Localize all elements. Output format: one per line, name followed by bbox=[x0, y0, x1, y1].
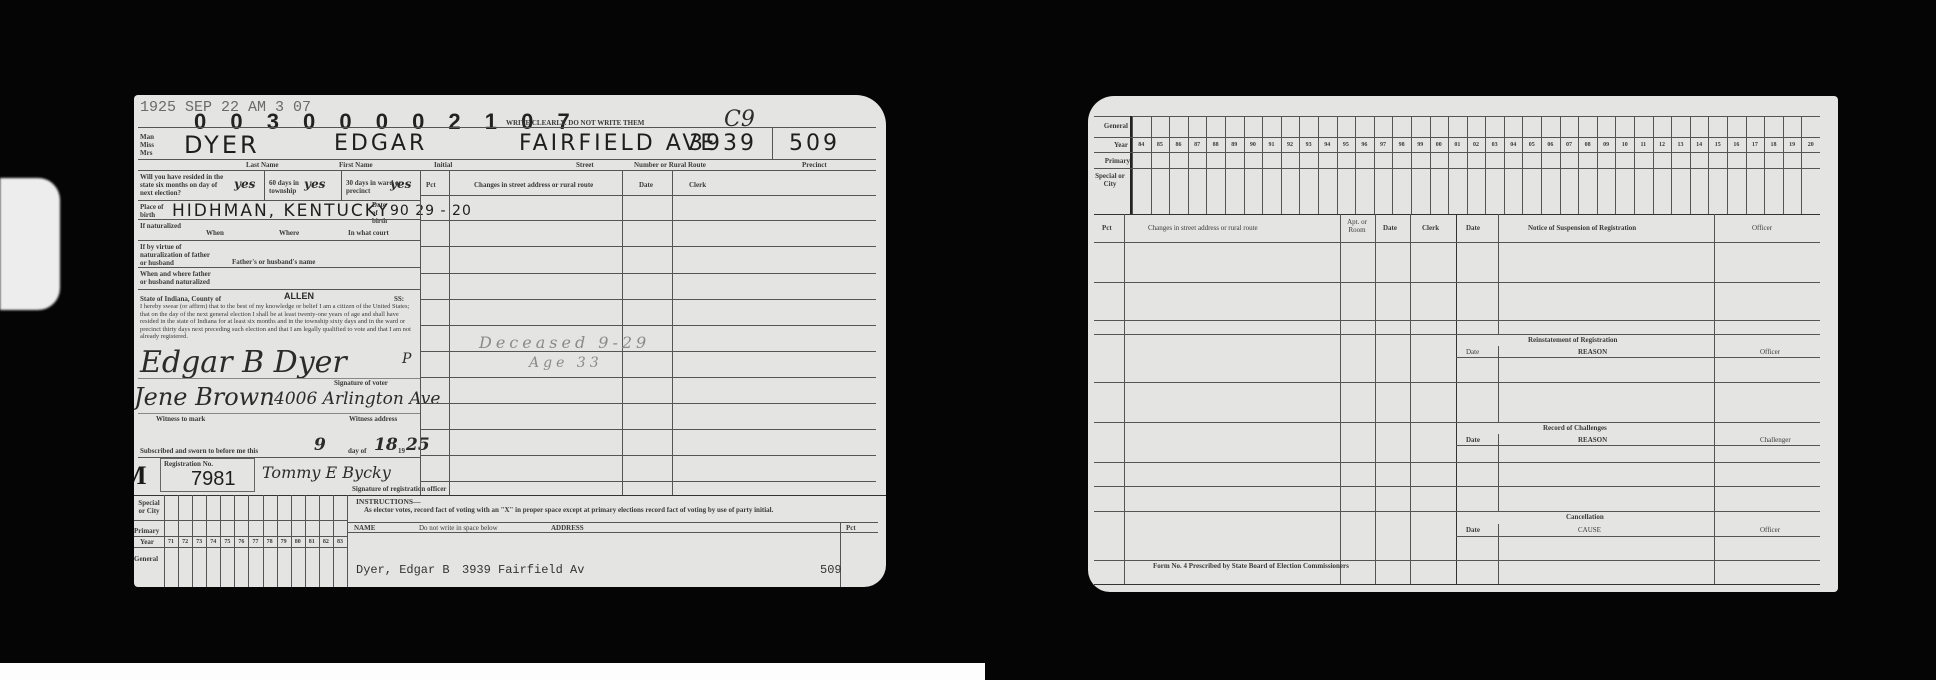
back-header-clerk: Clerk bbox=[1422, 224, 1439, 232]
number-label: Number or Rural Route bbox=[634, 161, 706, 169]
grid-column-line bbox=[1764, 116, 1765, 214]
grid-year-cell: 11 bbox=[1634, 142, 1653, 148]
back-grid-row-general: General bbox=[1092, 122, 1128, 130]
back-header-pct: Pct bbox=[1102, 224, 1112, 232]
cancellation-title: Cancellation bbox=[1566, 513, 1604, 521]
grid-year-cell: 92 bbox=[1281, 142, 1300, 148]
instructions-header-note: Do not write in space below bbox=[419, 524, 498, 532]
cancellation-header-officer: Officer bbox=[1760, 526, 1780, 534]
grid-year-cell: 03 bbox=[1485, 142, 1504, 148]
header-instruction: WRITE CLEARLY. DO NOT WRITE THEM bbox=[506, 119, 644, 127]
challenges-header-reason: REASON bbox=[1578, 436, 1607, 444]
form-footer: Form No. 4 Prescribed by State Board of … bbox=[1153, 562, 1349, 570]
grid-year-cell: 81 bbox=[305, 539, 319, 545]
adjacent-card-edge bbox=[0, 178, 60, 310]
voter-signature: Edgar B Dyer bbox=[140, 345, 347, 380]
grid-year-cell: 00 bbox=[1430, 142, 1449, 148]
grid-year-cell: 07 bbox=[1560, 142, 1579, 148]
scan-border-strip bbox=[0, 663, 985, 680]
grid-year-cell: 85 bbox=[1151, 142, 1170, 148]
birth-date-value: 90 29 - 20 bbox=[372, 203, 472, 219]
reinstatement-header-officer: Officer bbox=[1760, 348, 1780, 356]
grid-year-cell: 97 bbox=[1374, 142, 1393, 148]
grid-column-line bbox=[1281, 116, 1282, 214]
birth-place-label: Place of birth bbox=[140, 203, 166, 219]
township-answer: yes bbox=[304, 177, 325, 191]
grid-column-line bbox=[1151, 116, 1152, 214]
signature-mark: P bbox=[402, 351, 411, 367]
registration-card-back: General Year Primary Special or City 848… bbox=[1088, 96, 1838, 592]
witness-name: Jene Brown bbox=[134, 383, 275, 411]
grid-column-line bbox=[1690, 116, 1691, 214]
back-header-apt: Apt. or Room bbox=[1342, 218, 1372, 234]
grid-year-cell: 87 bbox=[1188, 142, 1207, 148]
grid-column-line bbox=[1169, 116, 1170, 214]
challenges-header-challenger: Challenger bbox=[1760, 436, 1791, 444]
instructions-header-name: NAME bbox=[354, 524, 375, 532]
naturalization-virtue-label: If by virtue of naturalization of father… bbox=[140, 243, 218, 267]
instructions-text: As elector votes, record fact of voting … bbox=[364, 506, 784, 514]
grid-year-cell: 08 bbox=[1578, 142, 1597, 148]
back-header-date: Date bbox=[1383, 224, 1397, 232]
grid-column-line bbox=[1430, 116, 1431, 214]
grid-year-cell: 84 bbox=[1132, 142, 1151, 148]
grid-year-cell: 90 bbox=[1244, 142, 1263, 148]
instructions-header-pct: Pct bbox=[846, 524, 856, 532]
grid-year-cell: 80 bbox=[291, 539, 305, 545]
initial-label: Initial bbox=[434, 161, 452, 169]
grid-column-line bbox=[1262, 116, 1263, 214]
grid-row-general: General bbox=[134, 555, 158, 563]
grid-row-special: Special or City bbox=[136, 499, 162, 515]
last-name-value: DYER bbox=[184, 131, 260, 159]
witness-address: 4006 Arlington Ave bbox=[274, 389, 440, 409]
grid-row-primary: Primary bbox=[134, 527, 159, 535]
grid-row-year: Year bbox=[140, 538, 154, 546]
grid-column-line bbox=[1727, 116, 1728, 214]
grid-year-cell: 01 bbox=[1448, 142, 1467, 148]
grid-column-line bbox=[1206, 116, 1207, 214]
grid-year-cell: 09 bbox=[1597, 142, 1616, 148]
father-naturalized-label: When and where father or husband natural… bbox=[140, 270, 218, 286]
typed-address: 3939 Fairfield Av bbox=[462, 563, 584, 577]
suspension-header-notice: Notice of Suspension of Registration bbox=[1528, 224, 1636, 232]
last-name-label: Last Name bbox=[246, 161, 278, 169]
grid-column-line bbox=[1411, 116, 1412, 214]
grid-column-line bbox=[1299, 116, 1300, 214]
instructions-header-address: ADDRESS bbox=[551, 524, 584, 532]
grid-year-cell: 89 bbox=[1225, 142, 1244, 148]
first-name-label: First Name bbox=[339, 161, 373, 169]
grid-year-cell: 76 bbox=[234, 539, 248, 545]
naturalized-label: If naturalized bbox=[140, 222, 181, 230]
officer-signature-label: Signature of registration officer bbox=[352, 485, 446, 493]
grid-year-cell: 15 bbox=[1708, 142, 1727, 148]
back-grid-row-year: Year bbox=[1092, 141, 1128, 149]
side-mark: M bbox=[134, 461, 147, 491]
grid-year-cell: 94 bbox=[1318, 142, 1337, 148]
grid-year-cell: 10 bbox=[1615, 142, 1634, 148]
grid-year-cell: 20 bbox=[1801, 142, 1820, 148]
pencil-note-deceased: Deceased 9-29 bbox=[479, 333, 650, 352]
grid-column-line bbox=[1225, 116, 1226, 214]
residency-state-question: Will you have resided in the state six m… bbox=[140, 173, 230, 197]
grid-year-cell: 98 bbox=[1392, 142, 1411, 148]
grid-column-line bbox=[1653, 116, 1654, 214]
sex-label-man: Man bbox=[140, 133, 160, 141]
changes-header-pct: Pct bbox=[426, 181, 436, 189]
naturalized-when-label: When bbox=[206, 229, 224, 237]
naturalized-where-label: Where bbox=[279, 229, 299, 237]
grid-column-line bbox=[1578, 116, 1579, 214]
grid-year-cell: 82 bbox=[319, 539, 333, 545]
grid-column-line bbox=[1597, 116, 1598, 214]
reinstatement-title: Reinstatement of Registration bbox=[1528, 336, 1617, 344]
father-name-label: Father's or husband's name bbox=[232, 258, 315, 266]
back-header-address: Changes in street address or rural route bbox=[1148, 224, 1258, 232]
registration-card-front: 1925 SEP 22 AM 3 07 0 0 3 0 0 0 0 2 1 0 … bbox=[134, 95, 886, 587]
registration-number-value: 7981 bbox=[191, 468, 236, 491]
house-number-value: 3939 bbox=[689, 131, 757, 156]
precinct-label: Precinct bbox=[802, 161, 827, 169]
grid-column-line bbox=[1467, 116, 1468, 214]
reinstatement-header-date: Date bbox=[1466, 348, 1479, 356]
grid-year-cell: 16 bbox=[1727, 142, 1746, 148]
officer-signature: Tommy E Bycky bbox=[262, 463, 391, 482]
street-label: Street bbox=[576, 161, 594, 169]
precinct-value: 509 bbox=[789, 131, 840, 156]
subscribed-day: 9 bbox=[314, 435, 326, 455]
grid-column-line bbox=[1485, 116, 1486, 214]
grid-column-line bbox=[1634, 116, 1635, 214]
grid-year-cell: 02 bbox=[1467, 142, 1486, 148]
grid-year-cell: 96 bbox=[1355, 142, 1374, 148]
grid-year-cell: 86 bbox=[1169, 142, 1188, 148]
day-of-label: day of bbox=[348, 447, 366, 455]
residency-state-answer: yes bbox=[234, 177, 255, 191]
township-question: 60 days in township bbox=[269, 179, 309, 195]
grid-column-line bbox=[1188, 116, 1189, 214]
grid-year-cell: 17 bbox=[1746, 142, 1765, 148]
grid-column-line bbox=[1337, 116, 1338, 214]
grid-year-cell: 99 bbox=[1411, 142, 1430, 148]
registration-number-label: Registration No. bbox=[164, 460, 213, 468]
subscribed-year: 25 bbox=[406, 435, 430, 455]
back-grid-row-primary: Primary bbox=[1092, 157, 1130, 165]
grid-year-cell: 14 bbox=[1690, 142, 1709, 148]
grid-year-cell: 73 bbox=[192, 539, 206, 545]
oath-county-value: ALLEN bbox=[284, 291, 314, 301]
grid-year-cell: 72 bbox=[178, 539, 192, 545]
grid-column-line bbox=[1504, 116, 1505, 214]
suspension-header-officer: Officer bbox=[1752, 224, 1772, 232]
grid-year-cell: 79 bbox=[277, 539, 291, 545]
grid-column-line bbox=[1615, 116, 1616, 214]
reinstatement-header-reason: REASON bbox=[1578, 348, 1607, 356]
grid-column-line bbox=[1448, 116, 1449, 214]
grid-column-line bbox=[1783, 116, 1784, 214]
instructions-title: INSTRUCTIONS— bbox=[356, 498, 421, 506]
changes-header-clerk: Clerk bbox=[689, 181, 706, 189]
typed-precinct: 509 bbox=[820, 563, 842, 577]
grid-column-line bbox=[1541, 116, 1542, 214]
grid-year-cell: 88 bbox=[1206, 142, 1225, 148]
birth-place-value: HIDHMAN, KENTUCKY bbox=[172, 201, 390, 221]
corner-mark: C9 bbox=[724, 107, 755, 132]
oath-state-county-label: State of Indiana, County of bbox=[140, 295, 221, 303]
grid-year-cell: 93 bbox=[1299, 142, 1318, 148]
grid-column-line bbox=[1522, 116, 1523, 214]
grid-column-line bbox=[1355, 116, 1356, 214]
grid-column-line bbox=[1801, 116, 1802, 214]
typed-name: Dyer, Edgar B bbox=[356, 563, 450, 577]
grid-column-line bbox=[1132, 116, 1133, 214]
challenges-title: Record of Challenges bbox=[1543, 424, 1607, 432]
grid-year-cell: 13 bbox=[1671, 142, 1690, 148]
oath-ss: SS: bbox=[394, 295, 404, 303]
grid-year-cell: 05 bbox=[1522, 142, 1541, 148]
grid-year-cell: 83 bbox=[333, 539, 347, 545]
subscribed-label: Subscribed and sworn to before me this bbox=[140, 447, 258, 455]
cancellation-header-cause: CAUSE bbox=[1578, 526, 1601, 534]
challenges-header-date: Date bbox=[1466, 436, 1480, 444]
grid-year-cell: 04 bbox=[1504, 142, 1523, 148]
witness-label: Witness to mark bbox=[156, 415, 205, 423]
grid-year-cell: 19 bbox=[1783, 142, 1802, 148]
back-grid-row-special: Special or City bbox=[1092, 172, 1128, 188]
street-value: FAIRFIELD AVE bbox=[519, 131, 717, 156]
grid-column-line bbox=[1318, 116, 1319, 214]
grid-year-cell: 75 bbox=[220, 539, 234, 545]
grid-column-line bbox=[1671, 116, 1672, 214]
grid-year-cell: 71 bbox=[164, 539, 178, 545]
changes-header-address: Changes in street address or rural route bbox=[474, 181, 593, 189]
grid-column-line bbox=[1244, 116, 1245, 214]
grid-column-line bbox=[1392, 116, 1393, 214]
grid-year-cell: 06 bbox=[1541, 142, 1560, 148]
oath-text: I hereby swear (or affirm) that to the b… bbox=[140, 303, 416, 341]
grid-column-line bbox=[1708, 116, 1709, 214]
grid-year-cell: 12 bbox=[1653, 142, 1672, 148]
changes-header-date: Date bbox=[639, 181, 653, 189]
ward-answer: yes bbox=[390, 177, 411, 191]
voter-signature-label: Signature of voter bbox=[334, 379, 388, 387]
pencil-note-age: Age 33 bbox=[529, 355, 603, 371]
grid-column-line bbox=[1374, 116, 1375, 214]
cancellation-header-date: Date bbox=[1466, 526, 1480, 534]
sex-label-woman: Miss Mrs bbox=[140, 141, 160, 157]
grid-year-cell: 77 bbox=[248, 539, 262, 545]
grid-column-line bbox=[1746, 116, 1747, 214]
registration-number-box: Registration No. 7981 bbox=[160, 458, 255, 492]
grid-year-cell: 74 bbox=[206, 539, 220, 545]
grid-year-cell: 95 bbox=[1337, 142, 1356, 148]
grid-year-cell: 18 bbox=[1764, 142, 1783, 148]
naturalized-court-label: In what court bbox=[348, 229, 389, 237]
grid-year-cell: 91 bbox=[1262, 142, 1281, 148]
witness-address-label: Witness address bbox=[349, 415, 397, 423]
subscribed-month: 18 bbox=[374, 435, 398, 455]
first-name-value: EDGAR bbox=[334, 131, 427, 156]
grid-column-line bbox=[1560, 116, 1561, 214]
suspension-header-date: Date bbox=[1466, 224, 1480, 232]
grid-year-cell: 78 bbox=[263, 539, 277, 545]
year-prefix: 19 bbox=[398, 447, 405, 455]
